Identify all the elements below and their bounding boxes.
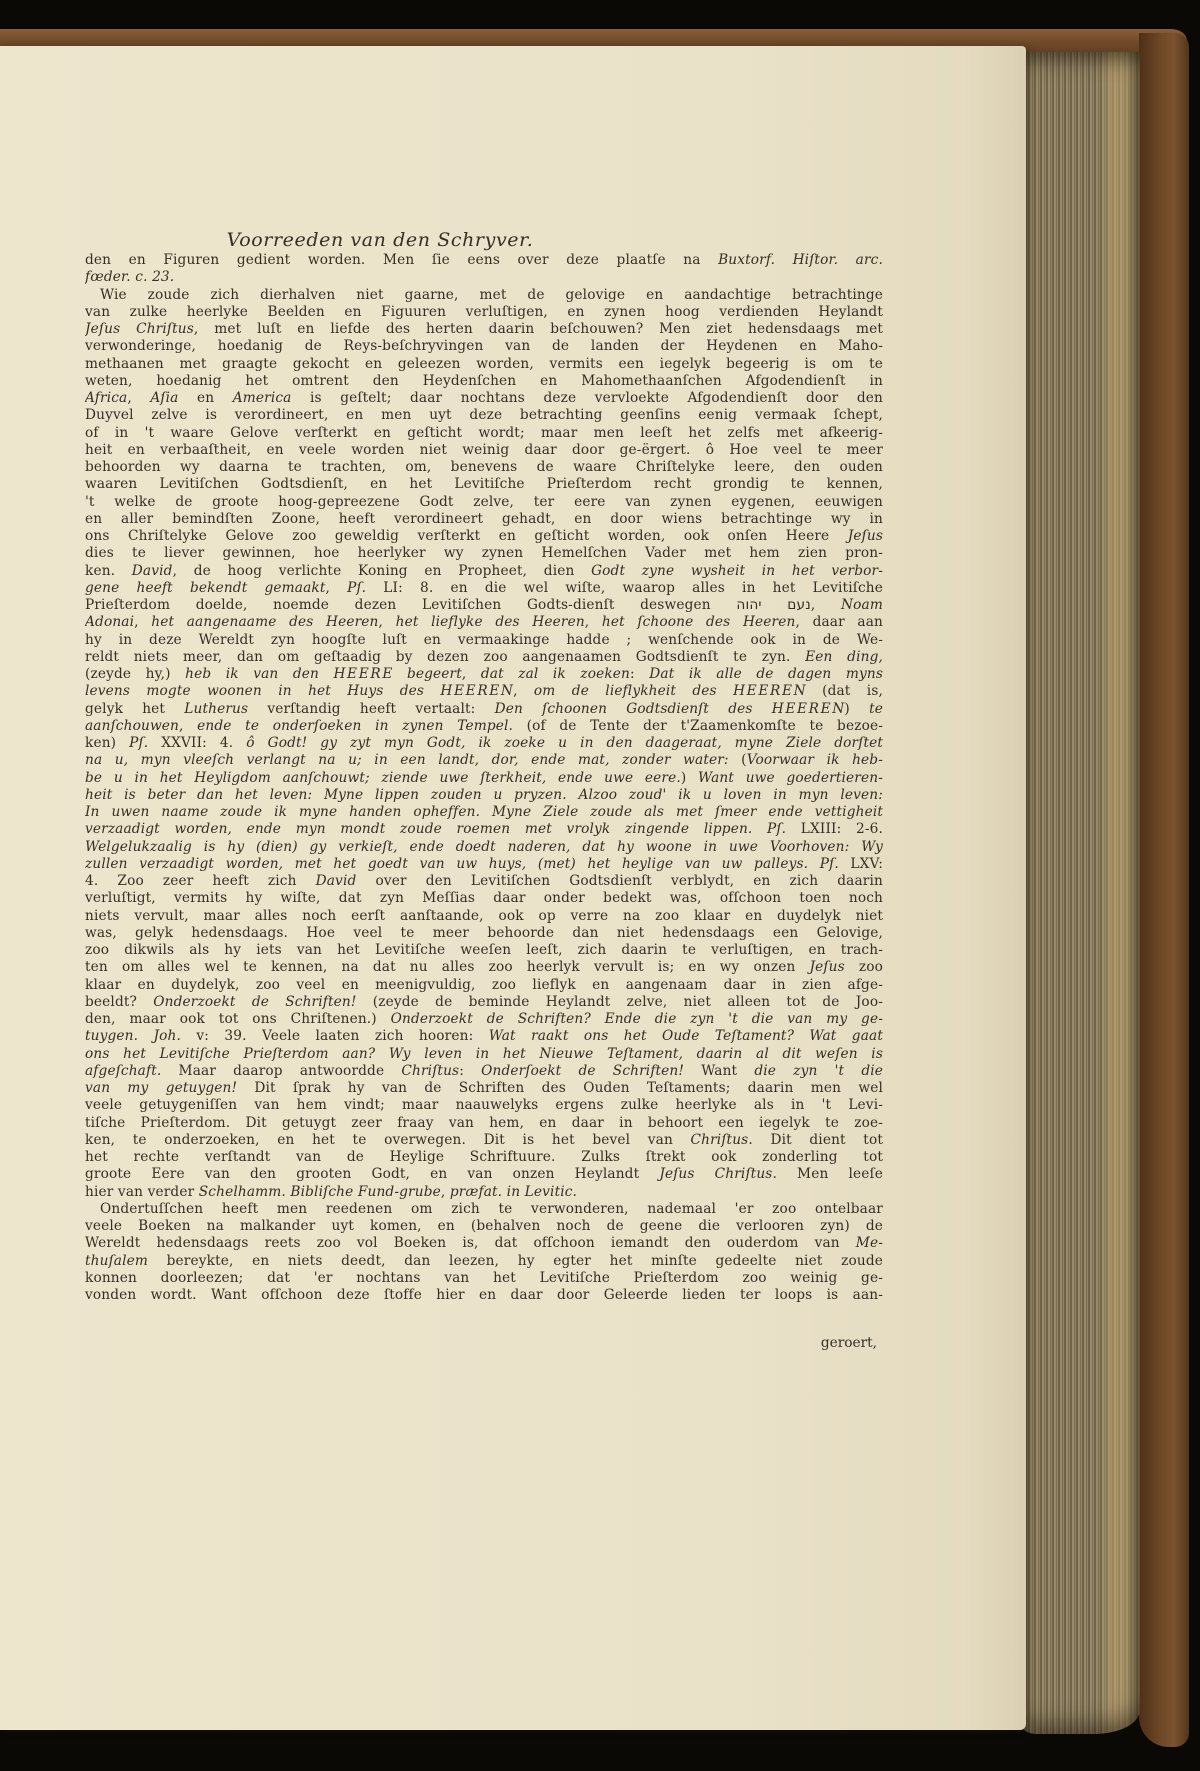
text-line: dies te liever gewinnen, hoe heerlyker w…: [85, 545, 883, 562]
text-line: ons Chriſtelyke Gelove zoo geweldig verſ…: [85, 528, 883, 545]
text-line: weten, hoedanig het omtrent den Heydenſc…: [85, 373, 883, 390]
catchword: geroert,: [85, 1335, 883, 1352]
text-line: zoo dikwils als hy iets van het Levitiſc…: [85, 942, 883, 959]
text-line: ons het Levitiſche Prieſterdom aan? Wy l…: [85, 1046, 883, 1063]
text-line: thuſalem bereykte, en niets deedt, dan l…: [85, 1253, 883, 1270]
text-line: In uwen naame zoude ik myne handen ophef…: [85, 804, 883, 821]
text-line: het rechte verſtandt van de Heylige Schr…: [85, 1149, 883, 1166]
text-line: heit is beter dan het leven: Myne lippen…: [85, 787, 883, 804]
text-line: Adonai, het aangenaame des Heeren, het l…: [85, 614, 883, 631]
text-line: levens mogte woonen in het Huys des H E …: [85, 683, 883, 700]
text-line: veele getuygeniſſen van hem vindt; maar …: [85, 1097, 883, 1114]
text-line: (zeyde hy,) heb ik van den H E E R E beg…: [85, 666, 883, 683]
text-line: Wie zoude zich dierhalven niet gaarne, m…: [85, 287, 883, 304]
text-line: en aller bemindſten Zoone, heeft verordi…: [85, 511, 883, 528]
text-line: verluſtigt, vermits hy wiſte, dat zyn Me…: [85, 890, 883, 907]
text-line: hy in deze Wereldt zyn hoogſte luſt en v…: [85, 632, 883, 649]
text-line: Africa, Aſia en America is geſtelt; daar…: [85, 390, 883, 407]
text-line: Welgelukzaalig is hy (dien) gy verkieſt,…: [85, 839, 883, 856]
text-line: hier van verder Schelhamm. Bibliſche Fun…: [85, 1184, 883, 1201]
running-title: Voorreeden van den Schryver.: [150, 229, 610, 251]
book-page: Voorreeden van den Schryver. den en Figu…: [0, 46, 1026, 1730]
text-line: konnen doorleezen; dat 'er nochtans van …: [85, 1270, 883, 1287]
text-line: of in 't waare Gelove verſterkt en geſti…: [85, 425, 883, 442]
text-line: ken. David, de hoog verlichte Koning en …: [85, 563, 883, 580]
text-line: methaanen met graagte gekocht en geleeze…: [85, 356, 883, 373]
text-line: den, maar ook tot ons Chriſtenen.) Onder…: [85, 1011, 883, 1028]
text-line: tuygen. Joh. v: 39. Veele laaten zich ho…: [85, 1028, 883, 1045]
text-line: 4. Zoo zeer heeft zich David over den Le…: [85, 873, 883, 890]
text-line: niets vervult, maar alles noch eerſt aan…: [85, 908, 883, 925]
text-line: reldt niets meer, dan om geſtaadig by de…: [85, 649, 883, 666]
text-line: na u, myn vleeſch verlangt na u; in een …: [85, 752, 883, 769]
text-line: groote Eere van den grooten Godt, en van…: [85, 1166, 883, 1183]
text-line: verzaadigt worden, ende myn mondt zoude …: [85, 821, 883, 838]
text-line: van zulke heerlyke Beelden en Figuuren v…: [85, 304, 883, 321]
text-line: den en Figuren gedient worden. Men ſie e…: [85, 252, 883, 269]
text-line: tiſche Prieſterdom. Dit getuygt zeer fra…: [85, 1115, 883, 1132]
text-line: Jeſus Chriſtus, met luſt en liefde des h…: [85, 321, 883, 338]
text-line: verwonderinge, hoedanig de Reys-beſchryv…: [85, 338, 883, 355]
text-line: 't welke de groote hoog-gepreezene Godt …: [85, 494, 883, 511]
text-line: van my getuygen! Dit ſprak hy van de Sch…: [85, 1080, 883, 1097]
text-line: gene heeft bekendt gemaakt, Pſ. LI: 8. e…: [85, 580, 883, 597]
text-line: aanſchouwen, ende te onderſoeken in zyne…: [85, 718, 883, 735]
text-line: Prieſterdom doelde, noemde dezen Levitiſ…: [85, 597, 883, 614]
text-line: beeldt? Onderzoekt de Schriften! (zeyde …: [85, 994, 883, 1011]
book-cover-right-edge: [1139, 33, 1189, 1747]
text-line: zullen verzaadigt worden, met het goedt …: [85, 856, 883, 873]
text-line: behoorden wy daarna te trachten, om, ben…: [85, 459, 883, 476]
text-line: ken, te onderzoeken, en het te overwegen…: [85, 1132, 883, 1149]
catchword-row: geroert,: [85, 1335, 883, 1352]
text-line: Duyvel zelve is verordineert, en men uyt…: [85, 407, 883, 424]
text-line: was, gelyk hedensdaags. Hoe veel te meer…: [85, 925, 883, 942]
text-line: ten om alles wel te kennen, na dat nu al…: [85, 959, 883, 976]
text-line: vonden wordt. Want ofſchoon deze ſtoffe …: [85, 1287, 883, 1304]
text-line: heit en verbaaſtheit, en veele worden ni…: [85, 442, 883, 459]
text-line: gelyk het Lutherus verſtandig heeft vert…: [85, 701, 883, 718]
body-text: den en Figuren gedient worden. Men ſie e…: [85, 252, 883, 1304]
text-line: afgeſchaft. Maar daarop antwoordde Chriſ…: [85, 1063, 883, 1080]
text-line: be u in het Heyligdom aanſchouwt; ziende…: [85, 770, 883, 787]
text-line: klaar en duydelyk, zoo veel en meenigvul…: [85, 977, 883, 994]
text-line: waaren Levitiſchen Godtsdienſt, en het L…: [85, 476, 883, 493]
text-line: Wereldt hedensdaags reets zoo vol Boeken…: [85, 1235, 883, 1252]
text-line: fœder. c. 23.: [85, 269, 883, 286]
book-fore-edge-pages: [1021, 52, 1140, 1734]
text-line: Ondertuſſchen heeft men reedenen om zich…: [85, 1201, 883, 1218]
text-line: veele Boeken na malkander uyt komen, en …: [85, 1218, 883, 1235]
text-line: ken) Pſ. XXVII: 4. ô Godt! gy zyt myn Go…: [85, 735, 883, 752]
